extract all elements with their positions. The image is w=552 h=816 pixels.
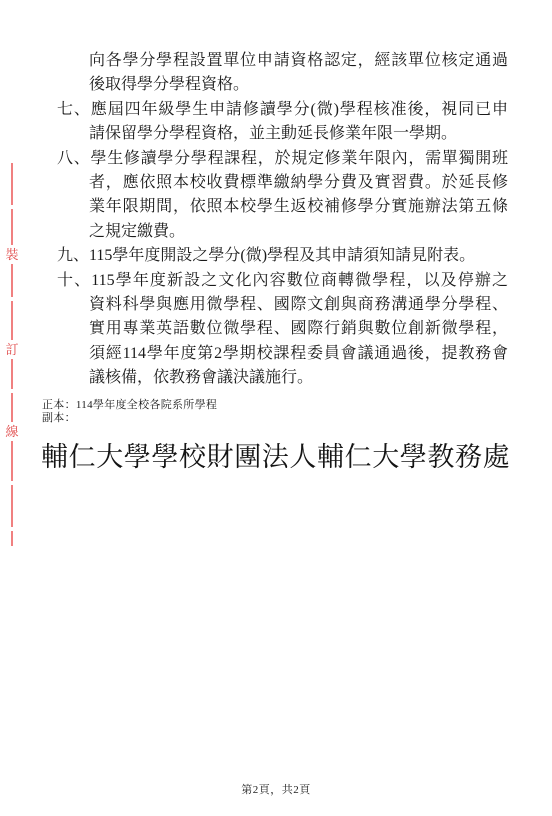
body-line-item-7: 七、應屆四年級學生申請修讀學分(微)學程核准後，視同已申 bbox=[57, 98, 508, 122]
binding-char-zhuang: 裝 bbox=[4, 245, 20, 264]
body-line: 者，應依照本校收費標準繳納學分費及實習費。於延長修 bbox=[89, 171, 508, 195]
body-line: 向各學分學程設置單位申請資格認定，經該單位核定通過 bbox=[89, 49, 508, 73]
page-number: 第2頁，共2頁 bbox=[0, 781, 552, 797]
body-line: 請保留學分學程資格，並主動延長修業年限一學期。 bbox=[89, 122, 508, 146]
body-line: 實用專業英語數位微學程、國際行銷與數位創新微學程， bbox=[89, 317, 508, 341]
body-line: 之規定繳費。 bbox=[89, 220, 508, 244]
body-line: 業年限期間，依照本校學生返校補修學分實施辦法第五條 bbox=[89, 195, 508, 219]
body-text: 向各學分學程設置單位申請資格認定，經該單位核定通過 後取得學分學程資格。 七、應… bbox=[57, 49, 508, 391]
body-line: 後取得學分學程資格。 bbox=[89, 73, 508, 97]
binding-char-xian: 線 bbox=[4, 422, 20, 441]
body-line: 須經114學年度第2學期校課程委員會議通過後，提教務會 bbox=[89, 342, 508, 366]
body-line-item-8: 八、學生修讀學分學程課程，於規定修業年限內，需單獨開班 bbox=[57, 147, 508, 171]
body-line: 議核備，依教務會議決議施行。 bbox=[89, 366, 508, 390]
body-line-item-10: 十、115學年度新設之文化內容數位商轉微學程，以及停辦之 bbox=[57, 269, 508, 293]
original-copy-line: 正本：114學年度全校各院系所學程 bbox=[42, 399, 217, 412]
body-line: 資料科學與應用微學程、國際文創與商務溝通學分學程、 bbox=[89, 293, 508, 317]
document-page: 裝 訂 線 向各學分學程設置單位申請資格認定，經該單位核定通過 後取得學分學程資… bbox=[0, 0, 552, 816]
distribution-block: 正本：114學年度全校各院系所學程 副本： bbox=[42, 399, 217, 424]
binding-char-ding: 訂 bbox=[4, 340, 20, 359]
office-title: 輔仁大學學校財團法人輔仁大學教務處 bbox=[41, 440, 510, 474]
duplicate-copy-line: 副本： bbox=[42, 412, 217, 425]
body-line-item-9: 九、115學年度開設之學分(微)學程及其申請須知請見附表。 bbox=[57, 244, 508, 268]
